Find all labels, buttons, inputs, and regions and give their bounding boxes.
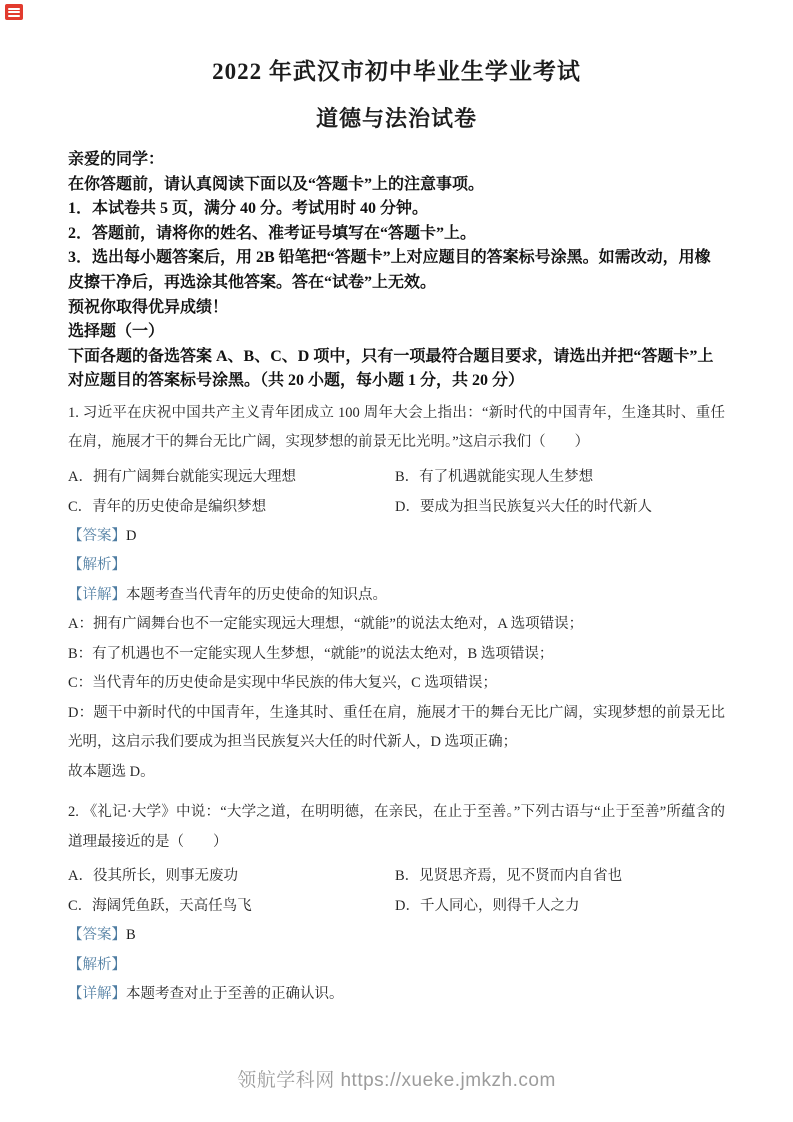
question-2-option-c: C．海阔凭鱼跃，天高任鸟飞: [68, 891, 395, 921]
notice-intro: 在你答题前，请认真阅读下面以及“答题卡”上的注意事项。: [68, 173, 725, 198]
question-1-option-b: B．有了机遇就能实现人生梦想: [395, 462, 725, 492]
answer-value: D: [126, 528, 136, 544]
notice-salutation: 亲爱的同学：: [68, 148, 725, 173]
answer-label: 【答案】: [68, 528, 126, 544]
question-1-option-a: A．拥有广阔舞台就能实现远大理想: [68, 462, 395, 492]
detail-intro: 本题考查当代青年的历史使命的知识点。: [126, 587, 387, 603]
page-subtitle: 道德与法治试卷: [0, 104, 793, 134]
notice-item-2: 2．答题前，请将你的姓名、准考证号填写在“答题卡”上。: [68, 222, 725, 247]
notice-wish: 预祝你取得优异成绩！: [68, 296, 725, 321]
question-2-analysis-line: 【解析】: [68, 951, 725, 981]
exam-header: 2022 年武汉市初中毕业生学业考试 道德与法治试卷: [0, 0, 793, 134]
question-2-answer-line: 【答案】B: [68, 921, 725, 951]
question-1-option-d: D．要成为担当民族复兴大任的时代新人: [395, 492, 725, 522]
question-2: 2. 《礼记·大学》中说：“大学之道，在明明德，在亲民，在止于至善。”下列古语与…: [68, 798, 725, 1010]
icon-line: [8, 8, 20, 10]
question-1-detail-b: B：有了机遇也不一定能实现人生梦想，“就能”的说法太绝对，B 选项错误；: [68, 640, 725, 670]
question-1-stem: 1. 习近平在庆祝中国共产主义青年团成立 100 周年大会上指出：“新时代的中国…: [68, 399, 725, 458]
question-1-detail-c: C：当代青年的历史使命是实现中华民族的伟大复兴，C 选项错误；: [68, 669, 725, 699]
question-2-option-b: B．见贤思齐焉，见不贤而内自省也: [395, 861, 725, 891]
question-1-options: A．拥有广阔舞台就能实现远大理想 B．有了机遇就能实现人生梦想 C．青年的历史使…: [68, 462, 725, 522]
question-1-conclusion: 故本题选 D。: [68, 758, 725, 788]
question-1-detail-a: A：拥有广阔舞台也不一定能实现远大理想，“就能”的说法太绝对，A 选项错误；: [68, 610, 725, 640]
question-2-option-a: A．役其所长，则事无废功: [68, 861, 395, 891]
icon-line: [8, 15, 20, 17]
section-heading: 选择题（一）: [68, 320, 725, 345]
question-1-answer-line: 【答案】D: [68, 522, 725, 552]
notice-block: 亲爱的同学： 在你答题前，请认真阅读下面以及“答题卡”上的注意事项。 1．本试卷…: [68, 148, 725, 394]
answer-value: B: [126, 927, 136, 943]
exam-body: 亲爱的同学： 在你答题前，请认真阅读下面以及“答题卡”上的注意事项。 1．本试卷…: [68, 148, 725, 1010]
question-1-detail-line: 【详解】本题考查当代青年的历史使命的知识点。: [68, 581, 725, 611]
notice-item-1: 1．本试卷共 5 页，满分 40 分。考试用时 40 分钟。: [68, 197, 725, 222]
question-1: 1. 习近平在庆祝中国共产主义青年团成立 100 周年大会上指出：“新时代的中国…: [68, 399, 725, 788]
icon-line: [8, 11, 20, 13]
page-title: 2022 年武汉市初中毕业生学业考试: [0, 56, 793, 88]
question-2-option-d: D．千人同心，则得千人之力: [395, 891, 725, 921]
question-1-option-c: C．青年的历史使命是编织梦想: [68, 492, 395, 522]
watermark: 领航学科网 https://xueke.jmkzh.com: [0, 1065, 793, 1092]
red-document-icon: [5, 4, 23, 20]
detail-label: 【详解】: [68, 587, 126, 603]
question-1-analysis-line: 【解析】: [68, 551, 725, 581]
detail-intro: 本题考查对止于至善的正确认识。: [126, 986, 344, 1002]
answer-label: 【答案】: [68, 927, 126, 943]
section-instruction: 下面各题的备选答案 A、B、C、D 项中，只有一项最符合题目要求，请选出并把“答…: [68, 345, 725, 394]
analysis-label: 【解析】: [68, 957, 126, 973]
question-2-stem: 2. 《礼记·大学》中说：“大学之道，在明明德，在亲民，在止于至善。”下列古语与…: [68, 798, 725, 857]
question-2-options: A．役其所长，则事无废功 B．见贤思齐焉，见不贤而内自省也 C．海阔凭鱼跃，天高…: [68, 861, 725, 921]
question-2-detail-line: 【详解】本题考查对止于至善的正确认识。: [68, 980, 725, 1010]
analysis-label: 【解析】: [68, 557, 126, 573]
notice-item-3: 3．选出每小题答案后，用 2B 铅笔把“答题卡”上对应题目的答案标号涂黑。如需改…: [68, 246, 725, 295]
question-1-detail-d: D：题干中新时代的中国青年，生逢其时、重任在肩，施展才干的舞台无比广阔，实现梦想…: [68, 699, 725, 758]
detail-label: 【详解】: [68, 986, 126, 1002]
